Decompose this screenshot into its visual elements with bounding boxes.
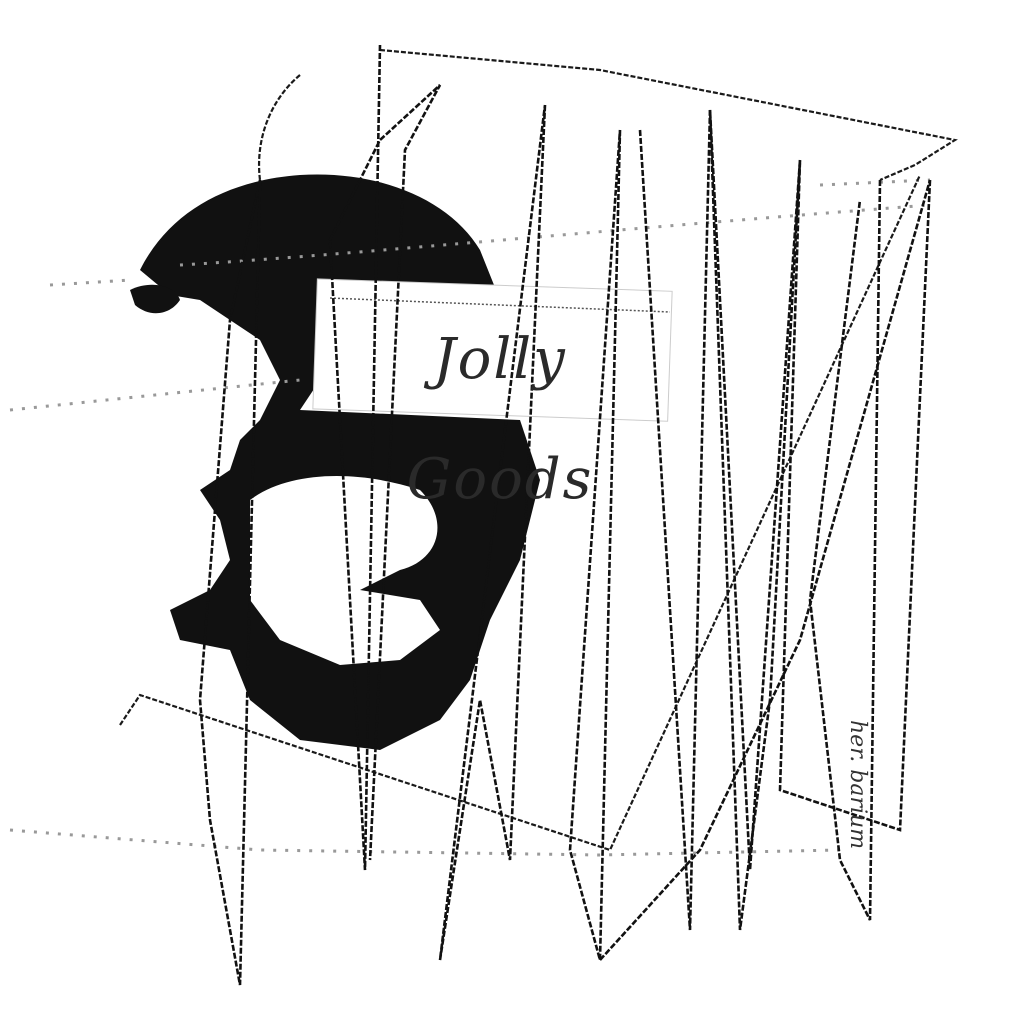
paper-label xyxy=(313,279,672,421)
face-silhouette xyxy=(130,174,540,750)
stitched-collage-artwork xyxy=(0,0,1024,1024)
